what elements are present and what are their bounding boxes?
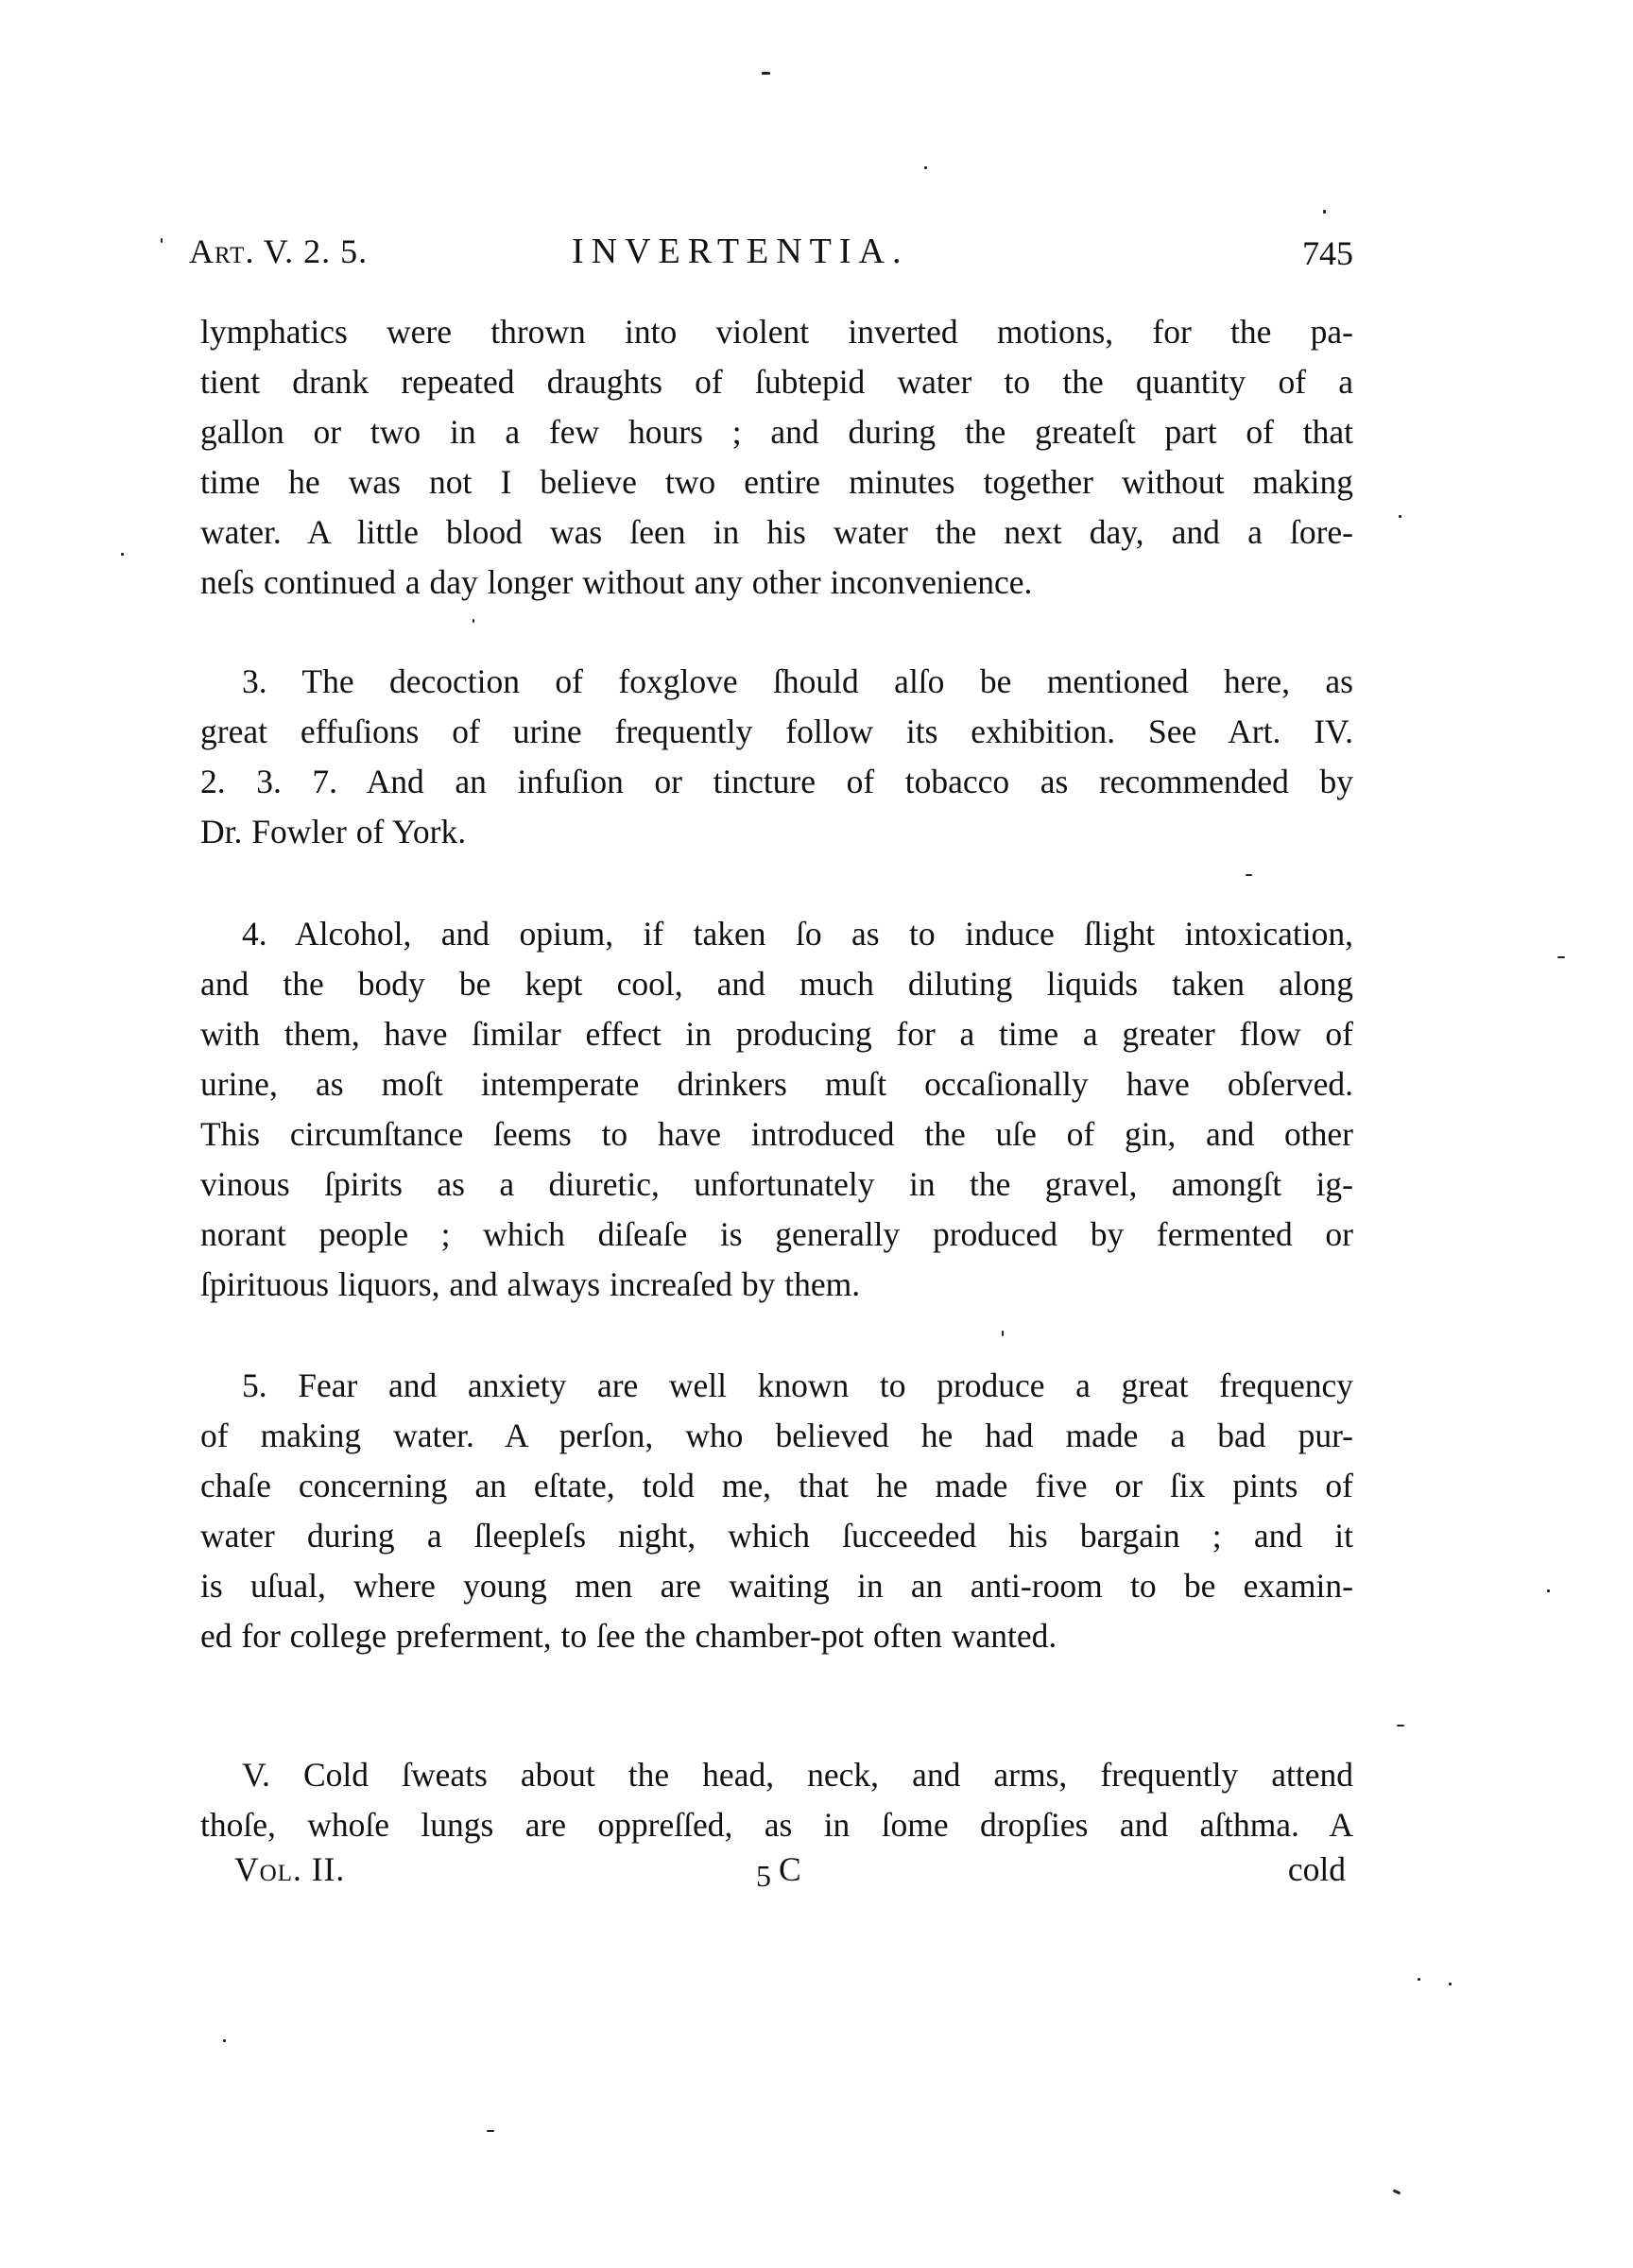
scan-speck: [1449, 1983, 1452, 1985]
page-footer: Vol. II. 5C cold: [200, 1845, 1353, 1895]
scan-speck: [924, 166, 927, 169]
scan-speck: [1323, 210, 1326, 214]
text-line: water. A little blood was ſeen in his wa…: [200, 507, 1353, 558]
text-line: norant people ; which diſeaſe is general…: [200, 1210, 1353, 1260]
section-reference: Art. V. 2. 5.: [189, 227, 368, 276]
text-line: of making water. A perſon, who believed …: [200, 1411, 1353, 1461]
text-line: with them, have ſimilar effect in produc…: [200, 1009, 1353, 1059]
text-line: 5. Fear and anxiety are well known to pr…: [200, 1361, 1353, 1411]
book-page: Art. V. 2. 5. INVERTENTIA. 745 lymphatic…: [0, 0, 1633, 2268]
text-line: time he was not I believe two entire min…: [200, 457, 1353, 507]
scan-speck: [762, 72, 770, 75]
page-number: 745: [1302, 229, 1353, 278]
paragraph-3: 3. The decoction of foxglove ſhould alſo…: [200, 657, 1353, 857]
text-line: urine, as moſt intemperate drinkers muſt…: [200, 1059, 1353, 1109]
text-line: chaſe concerning an eſtate, told me, tha…: [200, 1461, 1353, 1511]
scan-speck: [1557, 956, 1565, 958]
text-line: ed for college preferment, to ſee the ch…: [200, 1611, 1353, 1661]
scan-speck: [1399, 515, 1401, 518]
text-line: This circumſtance ſeems to have introduc…: [200, 1109, 1353, 1160]
text-line: 2. 3. 7. And an infuſion or tincture of …: [200, 757, 1353, 807]
scan-speck: [223, 2039, 226, 2042]
text-line: water during a ſleepleſs night, which ſu…: [200, 1511, 1353, 1561]
text-line: great effuſions of urine frequently foll…: [200, 707, 1353, 757]
text-line: and the body be kept cool, and much dilu…: [200, 959, 1353, 1009]
scan-speck: [1246, 874, 1252, 876]
page-title: INVERTENTIA.: [572, 227, 909, 276]
paragraph-5: 5. Fear and anxiety are well known to pr…: [200, 1361, 1353, 1661]
signature-number: 5: [756, 1859, 771, 1893]
text-line: thoſe, whoſe lungs are oppreſſed, as in …: [200, 1800, 1353, 1850]
text-line: is uſual, where young men are waiting in…: [200, 1561, 1353, 1611]
text-line: gallon or two in a few hours ; and durin…: [200, 407, 1353, 457]
paragraph-4: 4. Alcohol, and opium, if taken ſo as to…: [200, 909, 1353, 1310]
text-line: 3. The decoction of foxglove ſhould alſo…: [200, 657, 1353, 707]
text-line: Dr. Fowler of York.: [200, 807, 1353, 857]
scan-speck: [1418, 1978, 1420, 1981]
text-line: lymphatics were thrown into violent inve…: [200, 307, 1353, 357]
scan-speck: [1397, 1725, 1404, 1727]
scan-speck: [121, 553, 124, 556]
signature-mark: 5C: [756, 1845, 801, 1896]
scan-speck: [1393, 2189, 1401, 2194]
paragraph-continued: lymphatics were thrown into violent inve…: [200, 307, 1353, 608]
signature-letter: C: [779, 1850, 801, 1888]
scan-speck: [161, 238, 163, 243]
section-prefix: Art: [189, 232, 245, 270]
paragraph-section-V: V. Cold ſweats about the head, neck, and…: [200, 1750, 1353, 1850]
scan-speck: [473, 619, 474, 623]
section-numbers: . V. 2. 5.: [245, 232, 368, 270]
scan-speck: [1002, 1331, 1004, 1336]
volume-label: Vol. II.: [234, 1845, 345, 1895]
text-line: vinous ſpirits as a diuretic, unfortunat…: [200, 1160, 1353, 1210]
text-line: neſs continued a day longer without any …: [200, 558, 1353, 608]
scan-speck: [487, 2130, 494, 2132]
text-line: 4. Alcohol, and opium, if taken ſo as to…: [200, 909, 1353, 959]
text-line: tient drank repeated draughts of ſubtepi…: [200, 357, 1353, 407]
scan-speck: [1547, 1589, 1550, 1592]
text-line: V. Cold ſweats about the head, neck, and…: [200, 1750, 1353, 1800]
running-head: Art. V. 2. 5. INVERTENTIA. 745: [189, 227, 1353, 276]
catchword: cold: [1288, 1845, 1346, 1895]
text-line: ſpirituous liquors, and always increaſed…: [200, 1260, 1353, 1310]
